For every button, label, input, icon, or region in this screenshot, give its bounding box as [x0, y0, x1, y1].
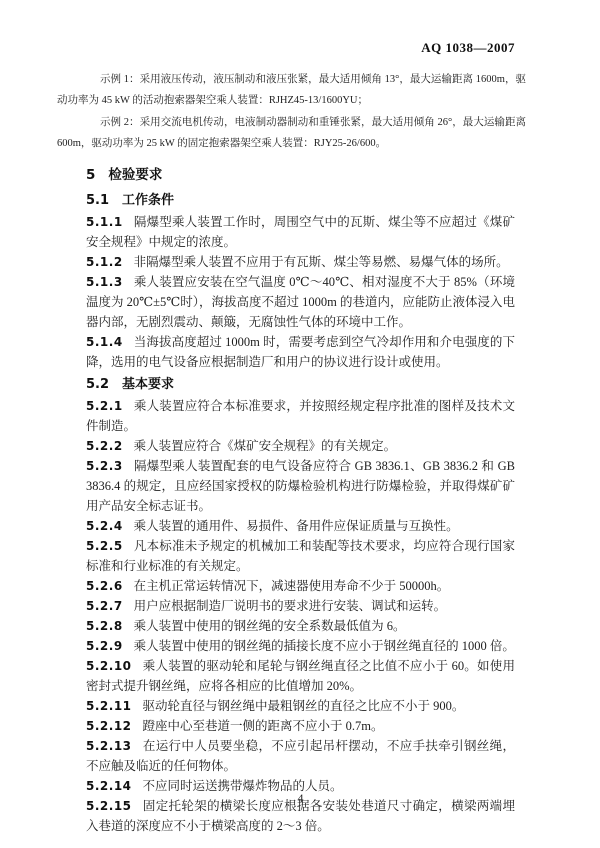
clause-5-2-11: 5.2.11驱动轮直径与钢丝绳中最粗钢丝的直径之比应不小于 900。 — [86, 696, 515, 716]
clause-text: 凡本标准未予规定的机械加工和装配等技术要求，均应符合现行国家标准和行业标准的有关… — [86, 539, 515, 573]
clause-number: 5.1.4 — [86, 335, 123, 349]
clause-number: 5.2.8 — [86, 619, 123, 633]
clause-number: 5.1.1 — [86, 215, 123, 229]
clause-text: 蹬座中心至巷道一侧的距离不应小于 0.7m。 — [143, 719, 384, 733]
clause-number: 5.2.10 — [86, 659, 132, 673]
clause-text: 乘人装置应符合本标准要求，并按照经规定程序批准的图样及技术文件制造。 — [86, 399, 515, 433]
clause-5-1-1: 5.1.1隔爆型乘人装置工作时，周围空气中的瓦斯、煤尘等不应超过《煤矿安全规程》… — [86, 212, 515, 252]
clause-5-2-5: 5.2.5凡本标准未予规定的机械加工和装配等技术要求，均应符合现行国家标准和行业… — [86, 536, 515, 576]
clause-number: 5.2.1 — [86, 399, 123, 413]
example-1: 示例 1：采用液压传动，液压制动和液压张紧，最大适用倾角 13°，最大运输距离 … — [57, 69, 526, 112]
subsection-title: 基本要求 — [122, 377, 174, 392]
section-heading-5: 5检验要求 — [86, 165, 515, 185]
clause-5-2-3: 5.2.3隔爆型乘人装置配套的电气设备应符合 GB 3836.1、GB 3836… — [86, 456, 515, 516]
clause-number: 5.2.12 — [86, 719, 132, 733]
clause-text: 用户应根据制造厂说明书的要求进行安装、调试和运转。 — [134, 599, 447, 613]
clause-5-2-9: 5.2.9乘人装置中使用的钢丝绳的插接长度不应小于钢丝绳直径的 1000 倍。 — [86, 636, 515, 656]
section-number: 5 — [86, 167, 95, 183]
clause-5-1-2: 5.1.2非隔爆型乘人装置不应用于有瓦斯、煤尘等易燃、易爆气体的场所。 — [86, 252, 515, 272]
subsection-heading-5-2: 5.2基本要求 — [86, 375, 515, 395]
clause-5-1-4: 5.1.4当海拔高度超过 1000m 时，需要考虑到空气冷却作用和介电强度的下降… — [86, 332, 515, 372]
clause-text: 乘人装置应安装在空气温度 0℃～40℃、相对湿度不大于 85%（环境温度为 20… — [86, 275, 515, 329]
clause-5-2-6: 5.2.6在主机正常运转情况下，减速器使用寿命不少于 50000h。 — [86, 576, 515, 596]
clause-number: 5.2.6 — [86, 579, 123, 593]
clause-text: 乘人装置的驱动轮和尾轮与钢丝绳直径之比值不应小于 60。如使用密封式提升钢丝绳，… — [86, 659, 515, 693]
clause-5-2-8: 5.2.8乘人装置中使用的钢丝绳的安全系数最低值为 6。 — [86, 616, 515, 636]
clause-text: 乘人装置中使用的钢丝绳的插接长度不应小于钢丝绳直径的 1000 倍。 — [134, 639, 515, 653]
example-2-label: 示例 2： — [100, 117, 140, 128]
section-title: 检验要求 — [108, 167, 162, 183]
clause-5-2-2: 5.2.2乘人装置应符合《煤矿安全规程》的有关规定。 — [86, 436, 515, 456]
clause-number: 5.2.4 — [86, 519, 123, 533]
clause-number: 5.2.7 — [86, 599, 123, 613]
document-page: AQ 1038—2007 示例 1：采用液压传动，液压制动和液压张紧，最大适用倾… — [0, 0, 600, 848]
subsection-heading-5-1: 5.1工作条件 — [86, 191, 515, 211]
clause-number: 5.2.11 — [86, 699, 132, 713]
clause-number: 5.2.13 — [86, 739, 132, 753]
clause-text: 隔爆型乘人装置配套的电气设备应符合 GB 3836.1、GB 3836.2 和 … — [86, 459, 515, 513]
clause-number: 5.2.3 — [86, 459, 123, 473]
page-number: 4 — [86, 791, 515, 806]
clause-text: 乘人装置的通用件、易损件、备用件应保证质量与互换性。 — [134, 519, 459, 533]
clause-5-2-12: 5.2.12蹬座中心至巷道一侧的距离不应小于 0.7m。 — [86, 716, 515, 736]
clause-number: 5.2.9 — [86, 639, 123, 653]
clause-5-2-4: 5.2.4乘人装置的通用件、易损件、备用件应保证质量与互换性。 — [86, 516, 515, 536]
clause-text: 隔爆型乘人装置工作时，周围空气中的瓦斯、煤尘等不应超过《煤矿安全规程》中规定的浓… — [86, 215, 515, 249]
clause-text: 驱动轮直径与钢丝绳中最粗钢丝的直径之比应不小于 900。 — [143, 699, 465, 713]
clause-text: 在运行中人员要坐稳，不应引起吊杆摆动，不应手扶牵引钢丝绳，不应触及临近的任何物体… — [86, 739, 515, 773]
clause-text: 当海拔高度超过 1000m 时，需要考虑到空气冷却作用和介电强度的下降，选用的电… — [86, 335, 515, 369]
clause-5-2-10: 5.2.10乘人装置的驱动轮和尾轮与钢丝绳直径之比值不应小于 60。如使用密封式… — [86, 656, 515, 696]
subsection-number: 5.1 — [86, 193, 109, 208]
subsection-title: 工作条件 — [122, 193, 174, 208]
clause-number: 5.1.3 — [86, 275, 123, 289]
clause-number: 5.1.2 — [86, 255, 123, 269]
clause-5-1-3: 5.1.3乘人装置应安装在空气温度 0℃～40℃、相对湿度不大于 85%（环境温… — [86, 272, 515, 332]
clause-text: 在主机正常运转情况下，减速器使用寿命不少于 50000h。 — [134, 579, 450, 593]
example-2: 示例 2：采用交流电机传动，电液制动器制动和重锤张紧，最大适用倾角 26°，最大… — [57, 112, 526, 155]
clause-text: 乘人装置中使用的钢丝绳的安全系数最低值为 6。 — [134, 619, 406, 633]
clause-text: 乘人装置应符合《煤矿安全规程》的有关规定。 — [134, 439, 397, 453]
example-1-label: 示例 1： — [100, 74, 140, 85]
clause-5-2-13: 5.2.13在运行中人员要坐稳，不应引起吊杆摆动，不应手扶牵引钢丝绳，不应触及临… — [86, 736, 515, 776]
clause-number: 5.2.2 — [86, 439, 123, 453]
standard-code-header: AQ 1038—2007 — [86, 40, 515, 56]
subsection-number: 5.2 — [86, 377, 109, 392]
clause-5-2-1: 5.2.1乘人装置应符合本标准要求，并按照经规定程序批准的图样及技术文件制造。 — [86, 396, 515, 436]
clause-number: 5.2.5 — [86, 539, 123, 553]
clause-text: 非隔爆型乘人装置不应用于有瓦斯、煤尘等易燃、易爆气体的场所。 — [134, 255, 509, 269]
clause-5-2-7: 5.2.7用户应根据制造厂说明书的要求进行安装、调试和运转。 — [86, 596, 515, 616]
